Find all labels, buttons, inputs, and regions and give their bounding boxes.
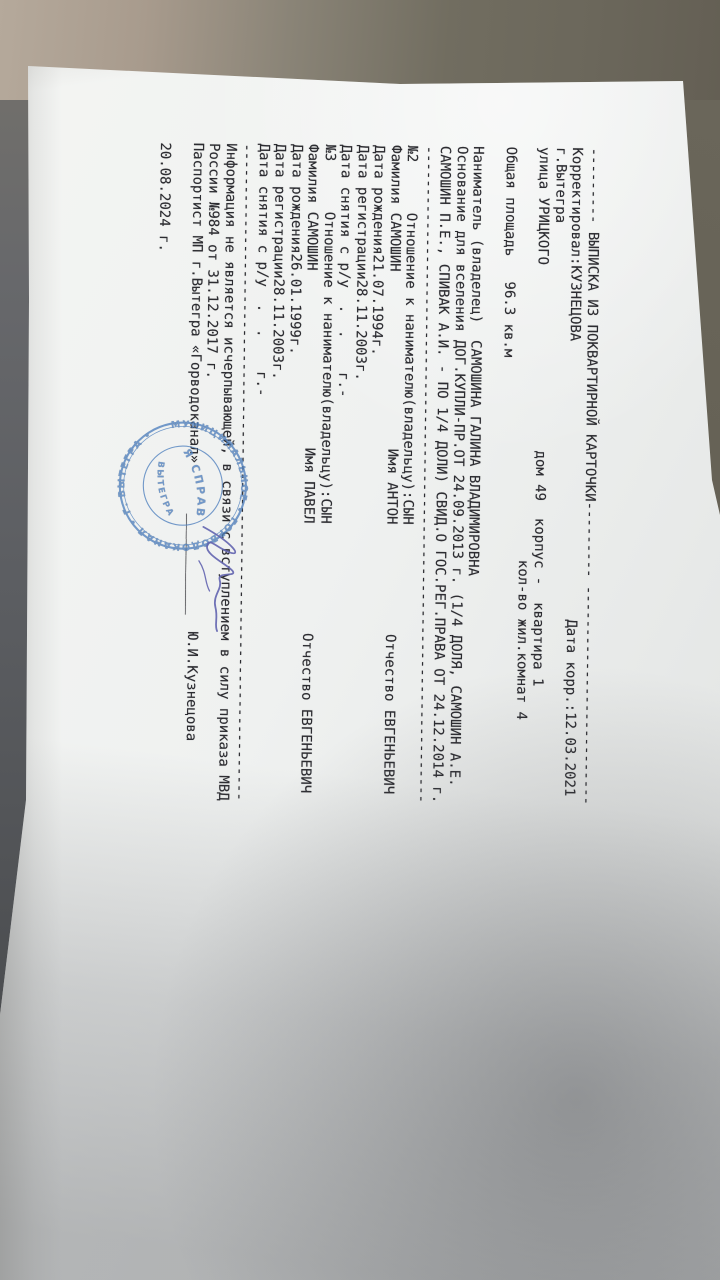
svg-text:ВЫТЕГРА: ВЫТЕГРА: [151, 459, 178, 520]
paper-sheet: --------- ВЫПИСКА ИЗ ПОКВАРТИРНОЙ КАРТОЧ…: [0, 0, 720, 1280]
stamp-bottom-text: ВЫТЕГРА: [151, 459, 178, 520]
handwritten-signature: [182, 521, 243, 638]
photo-of-document: --------- ВЫПИСКА ИЗ ПОКВАРТИРНОЙ КАРТОЧ…: [0, 0, 720, 1280]
apartment-card-extract: --------- ВЫПИСКА ИЗ ПОКВАРТИРНОЙ КАРТОЧ…: [142, 122, 611, 828]
